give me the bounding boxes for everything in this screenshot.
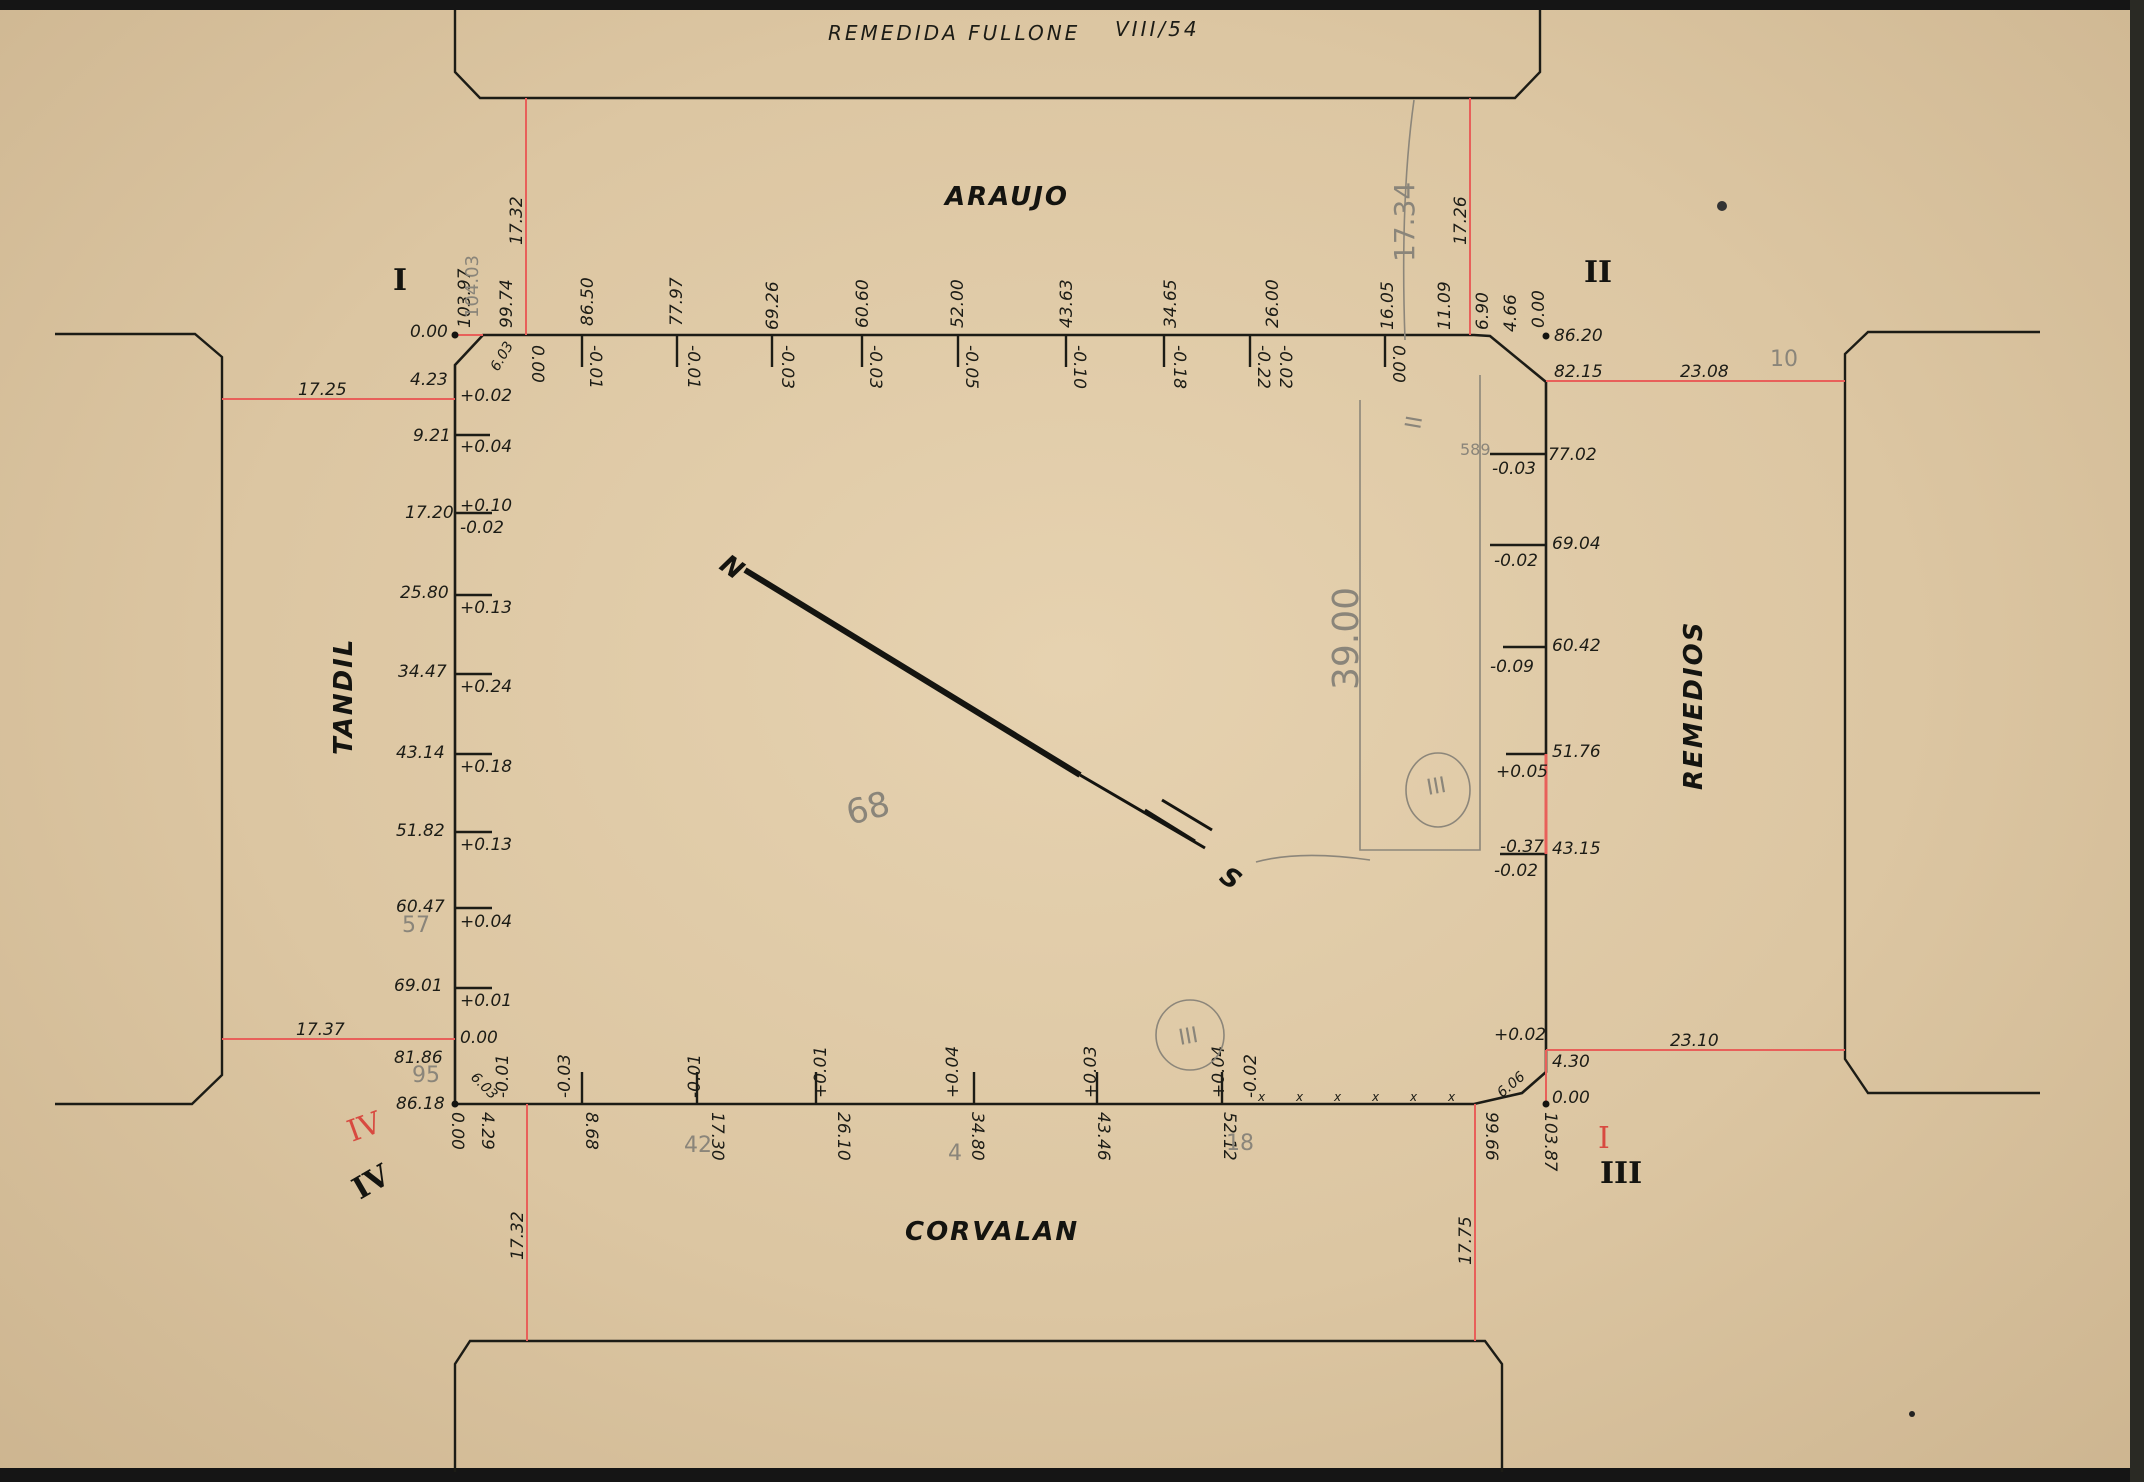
top-edge-stations: 103.97 99.74 86.50 77.97 69.26 60.60 52.… <box>455 268 1549 332</box>
station-label: 69.04 <box>1552 534 1601 554</box>
station-label: 51.82 <box>396 821 445 841</box>
station-label: 51.76 <box>1552 742 1601 762</box>
pencil-circle-label: III <box>1425 773 1449 801</box>
pencil-circle-label: III <box>1177 1023 1201 1051</box>
station-label: 8.68 <box>581 1112 601 1150</box>
station-label: 86.50 <box>578 277 598 326</box>
right-edge-stations: 86.20 82.15 77.02 69.04 60.42 51.76 43.1… <box>1548 326 1603 1108</box>
top-edge-offsets: 0.00 -0.01 -0.01 -0.03 -0.03 -0.05 -0.10… <box>527 345 1408 389</box>
right-edge-ticks <box>1490 454 1546 854</box>
offset-label: -0.01 <box>685 1054 705 1098</box>
right-edge-offsets: -0.03 -0.02 -0.09 +0.05 -0.37 -0.02 +0.0… <box>1490 459 1548 1045</box>
offset-label: +0.13 <box>460 598 512 618</box>
station-label: 11.09 <box>1435 281 1455 330</box>
pencil-dimension: 39.00 <box>1326 587 1367 690</box>
station-label: 9.21 <box>413 426 451 446</box>
station-label: 69.26 <box>763 281 783 330</box>
station-label: 0.00 <box>1552 1088 1590 1108</box>
offset-label: -0.09 <box>1490 657 1534 677</box>
dim-bottom-left: 17.32 <box>508 1211 528 1260</box>
station-label: 77.97 <box>667 277 687 326</box>
neighbor-block-right <box>1845 332 2040 1093</box>
dim-left-bottom: 17.37 <box>296 1020 345 1040</box>
station-label: 60.60 <box>853 279 873 328</box>
bottom-edge-offsets: -0.01 -0.03 -0.01 +0.01 +0.04 +0.03 +0.0… <box>493 1046 1261 1098</box>
svg-text:x: x <box>1409 1090 1418 1104</box>
street-bottom: CORVALAN <box>905 1217 1079 1247</box>
surveyed-lot-outline <box>455 335 1546 1104</box>
pencil-note: 104.03 <box>462 255 483 318</box>
station-label: 43.46 <box>1093 1112 1113 1161</box>
offset-label: +0.03 <box>1081 1046 1101 1098</box>
offset-label: -0.03 <box>777 345 797 389</box>
dim-bottom-right: 17.75 <box>1456 1216 1476 1265</box>
offset-label: +0.24 <box>460 677 512 697</box>
pencil-note: 42 <box>684 1133 712 1158</box>
offset-label: -0.03 <box>555 1054 575 1098</box>
pencil-note: 57 <box>402 913 430 938</box>
offset-label: -0.03 <box>1492 459 1536 479</box>
bottom-edge-stations: 0.00 4.29 8.68 17.30 26.10 34.80 43.46 5… <box>447 1112 1560 1172</box>
station-label: 43.15 <box>1552 839 1601 859</box>
offset-label: -0.18 <box>1169 345 1189 389</box>
station-label: 6.90 <box>1473 292 1493 330</box>
offset-label: 0.00 <box>460 1028 498 1048</box>
corner-label-4: IV <box>347 1158 397 1207</box>
offset-label: -0.02 <box>460 518 504 538</box>
station-label: 34.80 <box>967 1112 987 1161</box>
station-label: 4.30 <box>1552 1052 1590 1072</box>
corner-label-1: I <box>393 263 407 298</box>
left-edge-offsets: +0.02 +0.04 +0.10 -0.02 +0.13 +0.24 +0.1… <box>460 386 512 1048</box>
station-label: 4.23 <box>410 370 448 390</box>
left-edge-stations: 0.00 4.23 9.21 17.20 25.80 34.47 43.14 5… <box>394 322 454 1114</box>
neighbor-block-left <box>55 334 222 1104</box>
offset-label: -0.01 <box>585 345 605 389</box>
street-right: REMEDIOS <box>1679 621 1709 791</box>
offset-label: +0.04 <box>943 1046 963 1098</box>
station-label: 99.74 <box>497 279 517 328</box>
dim-right-top: 23.08 <box>1680 362 1729 382</box>
pencil-note: 17.34 <box>1388 182 1421 262</box>
dim-left-top: 17.25 <box>298 380 347 400</box>
offset-label: +0.05 <box>1496 762 1548 782</box>
station-label: 103.87 <box>1540 1112 1560 1172</box>
offset-label: -0.01 <box>493 1054 513 1098</box>
svg-text:x: x <box>1333 1090 1342 1104</box>
offset-label: +0.04 <box>460 437 512 457</box>
svg-text:x: x <box>1371 1090 1380 1104</box>
offset-label: +0.04 <box>460 912 512 932</box>
offset-label: -0.02 <box>1494 551 1538 571</box>
pencil-note: 589 <box>1460 440 1491 459</box>
survey-plan-sheet: REMEDIDA FULLONE VIII/54 17.32 17.26 17.… <box>0 0 2144 1482</box>
street-left: TANDIL <box>329 638 359 755</box>
station-label: 34.47 <box>398 662 447 682</box>
offset-label: 0.00 <box>527 345 547 383</box>
station-label: 99.66 <box>1481 1112 1501 1161</box>
offset-label: +0.02 <box>460 386 512 406</box>
pencil-note: 4 <box>948 1141 962 1166</box>
bottom-edge-x-marks: x x x x x x <box>1257 1090 1456 1104</box>
offset-label: +0.13 <box>460 835 512 855</box>
pencil-note: 95 <box>412 1063 440 1088</box>
bottom-edge-ticks <box>582 1072 1222 1104</box>
svg-text:x: x <box>1257 1090 1266 1104</box>
station-label: 0.00 <box>410 322 448 342</box>
station-label: 26.00 <box>1263 279 1283 328</box>
station-label: 4.66 <box>1501 294 1521 332</box>
offset-label: -0.02 <box>1275 345 1295 389</box>
south-label: S <box>1214 861 1248 897</box>
station-label: 25.80 <box>400 583 449 603</box>
station-label: 0.00 <box>1529 290 1549 328</box>
north-label: N <box>714 549 751 587</box>
station-label: 52.00 <box>948 279 968 328</box>
offset-label: +0.01 <box>811 1046 831 1098</box>
offset-label: -0.02 <box>1494 861 1538 881</box>
corner-label-3: III <box>1600 1156 1642 1191</box>
station-label: 43.14 <box>396 743 445 763</box>
station-label: 86.20 <box>1554 326 1603 346</box>
north-arrow-icon <box>745 570 1212 848</box>
offset-label: -0.05 <box>961 345 981 389</box>
pencil-note: 18 <box>1226 1131 1254 1156</box>
station-label: 43.63 <box>1057 279 1077 328</box>
offset-label: +0.18 <box>460 757 512 777</box>
plan-title: REMEDIDA FULLONE <box>828 21 1080 45</box>
station-label: 0.00 <box>447 1112 467 1150</box>
dim-top-left: 17.32 <box>507 196 527 245</box>
street-top: ARAUJO <box>943 182 1069 212</box>
pencil-circle-label: II <box>1401 414 1428 431</box>
chamfer-label-top-left: 6.03 <box>488 339 517 374</box>
offset-label: +0.01 <box>460 991 512 1011</box>
station-label: 69.01 <box>394 976 443 996</box>
plan-date: VIII/54 <box>1115 17 1200 41</box>
corner-label-red-4: IV <box>343 1105 388 1150</box>
station-label: 82.15 <box>1554 362 1603 382</box>
neighbor-block-bottom <box>455 1341 1502 1472</box>
corner-label-2: II <box>1584 255 1612 290</box>
station-label: 26.10 <box>833 1112 853 1161</box>
station-label: 60.42 <box>1552 636 1601 656</box>
station-label: 34.65 <box>1161 279 1181 328</box>
offset-label: +0.10 <box>460 496 512 516</box>
offset-label: -0.01 <box>683 345 703 389</box>
station-label: 4.29 <box>477 1112 497 1150</box>
offset-label: -0.37 <box>1500 837 1544 857</box>
station-label: 86.18 <box>396 1094 445 1114</box>
offset-label: +0.02 <box>1494 1025 1546 1045</box>
pencil-note: 68 <box>842 784 894 834</box>
offset-label: -0.10 <box>1069 345 1089 389</box>
offset-label: -0.03 <box>865 345 885 389</box>
survey-plan-drawing: REMEDIDA FULLONE VIII/54 17.32 17.26 17.… <box>0 0 2144 1482</box>
station-label: 17.20 <box>405 503 454 523</box>
station-label: 77.02 <box>1548 445 1597 465</box>
svg-text:x: x <box>1447 1090 1456 1104</box>
offset-label: -0.22 <box>1253 345 1273 389</box>
station-label: 16.05 <box>1378 281 1398 330</box>
corner-label-red-1: I <box>1598 1121 1610 1156</box>
dim-top-right: 17.26 <box>1451 196 1471 245</box>
svg-text:x: x <box>1295 1090 1304 1104</box>
dim-right-bottom: 23.10 <box>1670 1031 1719 1051</box>
offset-label: 0.00 <box>1388 345 1408 383</box>
pencil-note: 10 <box>1770 347 1798 372</box>
